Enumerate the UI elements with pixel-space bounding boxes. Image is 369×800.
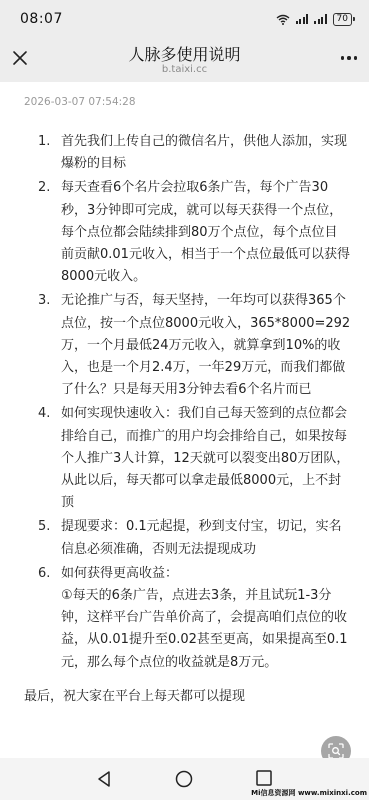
list-item-text: 每天查看6个名片会拉取6条广告，每个广告30 秒，3分钟即可完成，就可以每天获得… <box>61 177 351 288</box>
nav-bar: 人脉多使用说明 b.taixi.cc <box>0 38 369 82</box>
more-button[interactable] <box>341 56 358 60</box>
article-content: 2026-03-07 07:54:28 1. 首先我们上传自己的微信名片，供他人… <box>0 82 369 742</box>
battery-icon: 70 <box>333 13 355 26</box>
page-domain: b.taixi.cc <box>0 64 369 75</box>
signal-icon <box>296 14 309 24</box>
home-button[interactable] <box>175 770 193 792</box>
list-item-text: 首先我们上传自己的微信名片，供他人添加，实现 爆粉的目标 <box>61 131 351 175</box>
instruction-list: 1. 首先我们上传自己的微信名片，供他人添加，实现 爆粉的目标 2. 每天查看6… <box>0 131 369 674</box>
recents-button[interactable] <box>256 770 272 790</box>
list-item-text: 如何获得更高收益： ①每天的6条广告，点进去3条，并且试玩1-3分 钟，这样平台… <box>61 563 351 674</box>
list-item: 2. 每天查看6个名片会拉取6条广告，每个广告30 秒，3分钟即可完成，就可以每… <box>0 177 369 288</box>
list-item: 1. 首先我们上传自己的微信名片，供他人添加，实现 爆粉的目标 <box>0 131 369 175</box>
list-item-number: 5. <box>38 516 50 538</box>
wifi-icon <box>276 10 290 29</box>
status-icons: 70 <box>276 10 355 29</box>
battery-level: 70 <box>333 13 352 26</box>
home-icon <box>175 770 193 788</box>
list-item-number: 1. <box>38 131 50 153</box>
list-item-text: 提现要求：0.1元起提，秒到支付宝，切记，实名 信息必须准确，否则无法提现成功 <box>61 516 351 560</box>
status-time: 08:07 <box>20 11 63 27</box>
recents-icon <box>256 770 272 786</box>
list-item-number: 2. <box>38 177 50 199</box>
list-item-text: 如何实现快速收入：我们自己每天签到的点位都会 排给自己，而推广的用户均会排给自己… <box>61 403 351 514</box>
list-item: 3. 无论推广与否，每天坚持，一年均可以获得365个 点位，按一个点位8000元… <box>0 290 369 401</box>
article-timestamp: 2026-03-07 07:54:28 <box>24 96 136 108</box>
list-item: 5. 提现要求：0.1元起提，秒到支付宝，切记，实名 信息必须准确，否则无法提现… <box>0 516 369 560</box>
list-item: 4. 如何实现快速收入：我们自己每天签到的点位都会 排给自己，而推广的用户均会排… <box>0 403 369 514</box>
more-icon <box>341 56 345 60</box>
list-item: 6. 如何获得更高收益： ①每天的6条广告，点进去3条，并且试玩1-3分 钟，这… <box>0 563 369 674</box>
system-nav-bar: Mi信息资源网 www.mixinxi.com <box>0 758 369 800</box>
back-icon <box>96 770 112 788</box>
page-title: 人脉多使用说明 <box>0 42 369 65</box>
list-item-number: 6. <box>38 563 50 585</box>
status-bar: 08:07 70 <box>0 0 369 38</box>
list-item-number: 3. <box>38 290 50 312</box>
watermark: Mi信息资源网 www.mixinxi.com <box>251 788 367 798</box>
signal-icon <box>314 14 327 24</box>
scan-icon <box>328 743 344 759</box>
closing-text: 最后，祝大家在平台上每天都可以提现 <box>24 686 245 708</box>
back-button[interactable] <box>96 770 112 792</box>
list-item-number: 4. <box>38 403 50 425</box>
list-item-text: 无论推广与否，每天坚持，一年均可以获得365个 点位，按一个点位8000元收入，… <box>61 290 351 401</box>
